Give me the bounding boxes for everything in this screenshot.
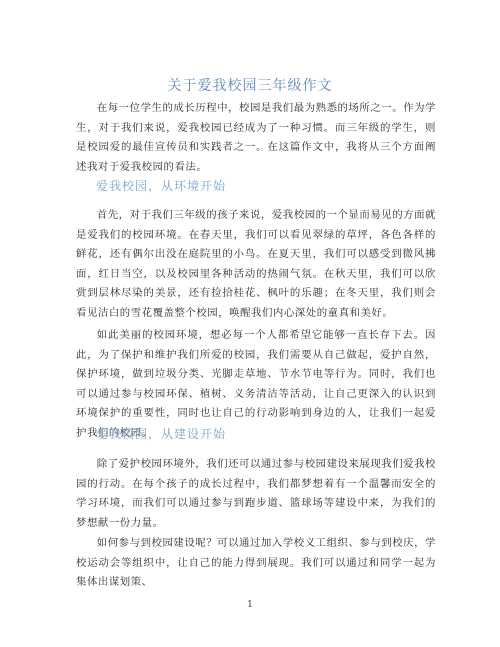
paragraph-environment-1: 首先，对于我们三年级的孩子来说，爱我校园的一个显而易见的方面就是爱我们的校园环境… (76, 206, 436, 324)
page-number: 1 (0, 600, 500, 610)
paragraph-construction-1: 除了爱护校园环境外，我们还可以通过参与校园建设来展现我们爱我校园的行动。在每个孩… (76, 455, 436, 533)
paragraph-construction-2: 如何参与到校园建设呢？可以通过加入学校义工组织、参与到校庆，学校运动会等组织中，… (76, 534, 436, 593)
section-heading-environment: 爱我校园，从环境开始 (96, 178, 226, 194)
document-page: 关于爱我校园三年级作文 在每一位学生的成长历程中，校园是我们最为熟悉的场所之一。… (0, 0, 500, 647)
paragraph-intro: 在每一位学生的成长历程中，校园是我们最为熟悉的场所之一。作为学生，对于我们来说，… (76, 99, 436, 177)
document-title: 关于爱我校园三年级作文 (0, 77, 500, 95)
section-heading-construction: 爱我校园，从建设开始 (96, 426, 226, 442)
